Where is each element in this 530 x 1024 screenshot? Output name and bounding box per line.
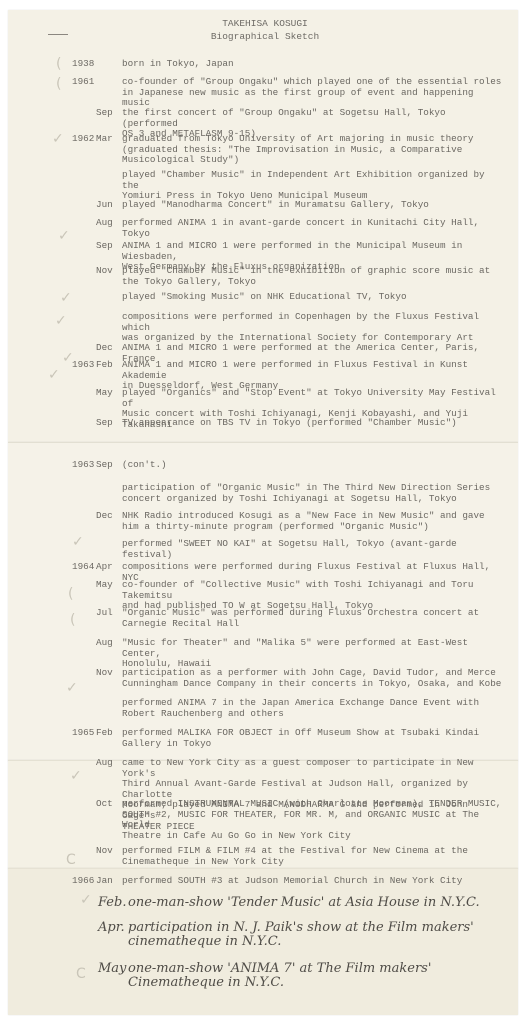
pencil-check-icon: C: [66, 852, 76, 868]
entry-text: TV appearance on TBS TV in Tokyo (perfor…: [122, 418, 502, 429]
entry-text: played "Chamber Music" in Independent Ar…: [122, 170, 502, 202]
entry-month: Sep: [96, 460, 120, 471]
pencil-check-icon: ✓: [70, 768, 82, 784]
entry-text: played "Smoking Music" on NHK Educationa…: [122, 292, 502, 303]
entry-text: graduated from Tokyo University of Art m…: [122, 134, 502, 166]
entry-month: Nov: [96, 266, 120, 277]
entry-text: "Music for Theater" and "Malika 5" were …: [122, 638, 502, 670]
pencil-check-icon: ✓: [58, 228, 70, 244]
entry-month: Nov: [96, 846, 120, 857]
pencil-check-icon: (: [70, 612, 75, 628]
entry-text: (con't.): [122, 460, 502, 471]
pencil-check-icon: ✓: [52, 131, 64, 147]
entry-text: participation of "Organic Music" in The …: [122, 483, 502, 504]
entry-month: Nov: [96, 668, 120, 679]
entry-text: born in Tokyo, Japan: [122, 59, 502, 70]
handwritten-text: one-man-show 'Tender Music' at Asia Hous…: [128, 896, 480, 910]
handwritten-text: participation in N. J. Paik's show at th…: [128, 921, 474, 949]
entry-month: May: [96, 388, 120, 399]
entry-text: co-founder of "Group Ongaku" which playe…: [122, 77, 502, 109]
entry-text: performed INSTRUMENTAL MUSIC (with Charl…: [122, 799, 502, 841]
document-subtitle: Biographical Sketch: [0, 31, 530, 43]
pencil-check-icon: (: [56, 76, 61, 92]
entry-month: Jul: [96, 608, 120, 619]
entry-month: Apr: [96, 562, 120, 573]
pencil-check-icon: ✓: [66, 680, 78, 696]
pencil-check-icon: ✓: [80, 892, 92, 908]
handwritten-month: Feb.: [98, 896, 126, 910]
entry-month: Aug: [96, 218, 120, 229]
entry-month: Dec: [96, 343, 120, 354]
pencil-check-icon: (: [68, 586, 73, 602]
pencil-check-icon: ✓: [72, 534, 84, 550]
entry-month: Jan: [96, 876, 120, 887]
handwritten-month: Apr.: [98, 921, 125, 935]
entry-month: Dec: [96, 511, 120, 522]
pencil-check-icon: ✓: [62, 350, 74, 366]
entry-text: NHK Radio introduced Kosugi as a "New Fa…: [122, 511, 502, 532]
entry-month: Sep: [96, 108, 120, 119]
entry-month: Sep: [96, 241, 120, 252]
entry-month: Aug: [96, 758, 120, 769]
entry-month: Aug: [96, 638, 120, 649]
handwritten-month: May: [98, 962, 126, 976]
pencil-check-icon: C: [76, 966, 86, 982]
entry-month: Feb: [96, 360, 120, 371]
entry-text: played "Manodharma Concert" in Muramatsu…: [122, 200, 502, 211]
handwritten-text: one-man-show 'ANIMA 7' at The Film maker…: [128, 962, 431, 990]
entry-month: Sep: [96, 418, 120, 429]
entry-text: performed "SWEET NO KAI" at Sogetsu Hall…: [122, 539, 502, 560]
pencil-check-icon: ✓: [48, 367, 60, 383]
entry-text: performed ANIMA 1 in avant-garde concert…: [122, 218, 502, 239]
pencil-check-icon: ✓: [55, 313, 67, 329]
entry-text: "Organic Music" was performed during Flu…: [122, 608, 502, 629]
entry-year: 1938: [72, 59, 100, 70]
pencil-check-icon: ✓: [60, 290, 72, 306]
entry-text: played "Chamber Music" in the exhibition…: [122, 266, 502, 287]
document-title: TAKEHISA KOSUGI: [0, 18, 530, 30]
entry-text: performed FILM & FILM #4 at the Festival…: [122, 846, 502, 867]
entry-month: Mar: [96, 134, 120, 145]
entry-text: compositions were performed in Copenhage…: [122, 312, 502, 344]
entry-year: 1961: [72, 77, 100, 88]
entry-text: performed MALIKA FOR OBJECT in Off Museu…: [122, 728, 502, 749]
entry-text: performed SOUTH #3 at Judson Memorial Ch…: [122, 876, 502, 887]
entry-month: May: [96, 580, 120, 591]
entry-month: Feb: [96, 728, 120, 739]
pencil-check-icon: (: [56, 56, 61, 72]
entry-text: performed ANIMA 7 in the Japan America E…: [122, 698, 502, 719]
entry-month: Jun: [96, 200, 120, 211]
entry-text: participation as a performer with John C…: [122, 668, 502, 689]
entry-month: Oct: [96, 799, 120, 810]
